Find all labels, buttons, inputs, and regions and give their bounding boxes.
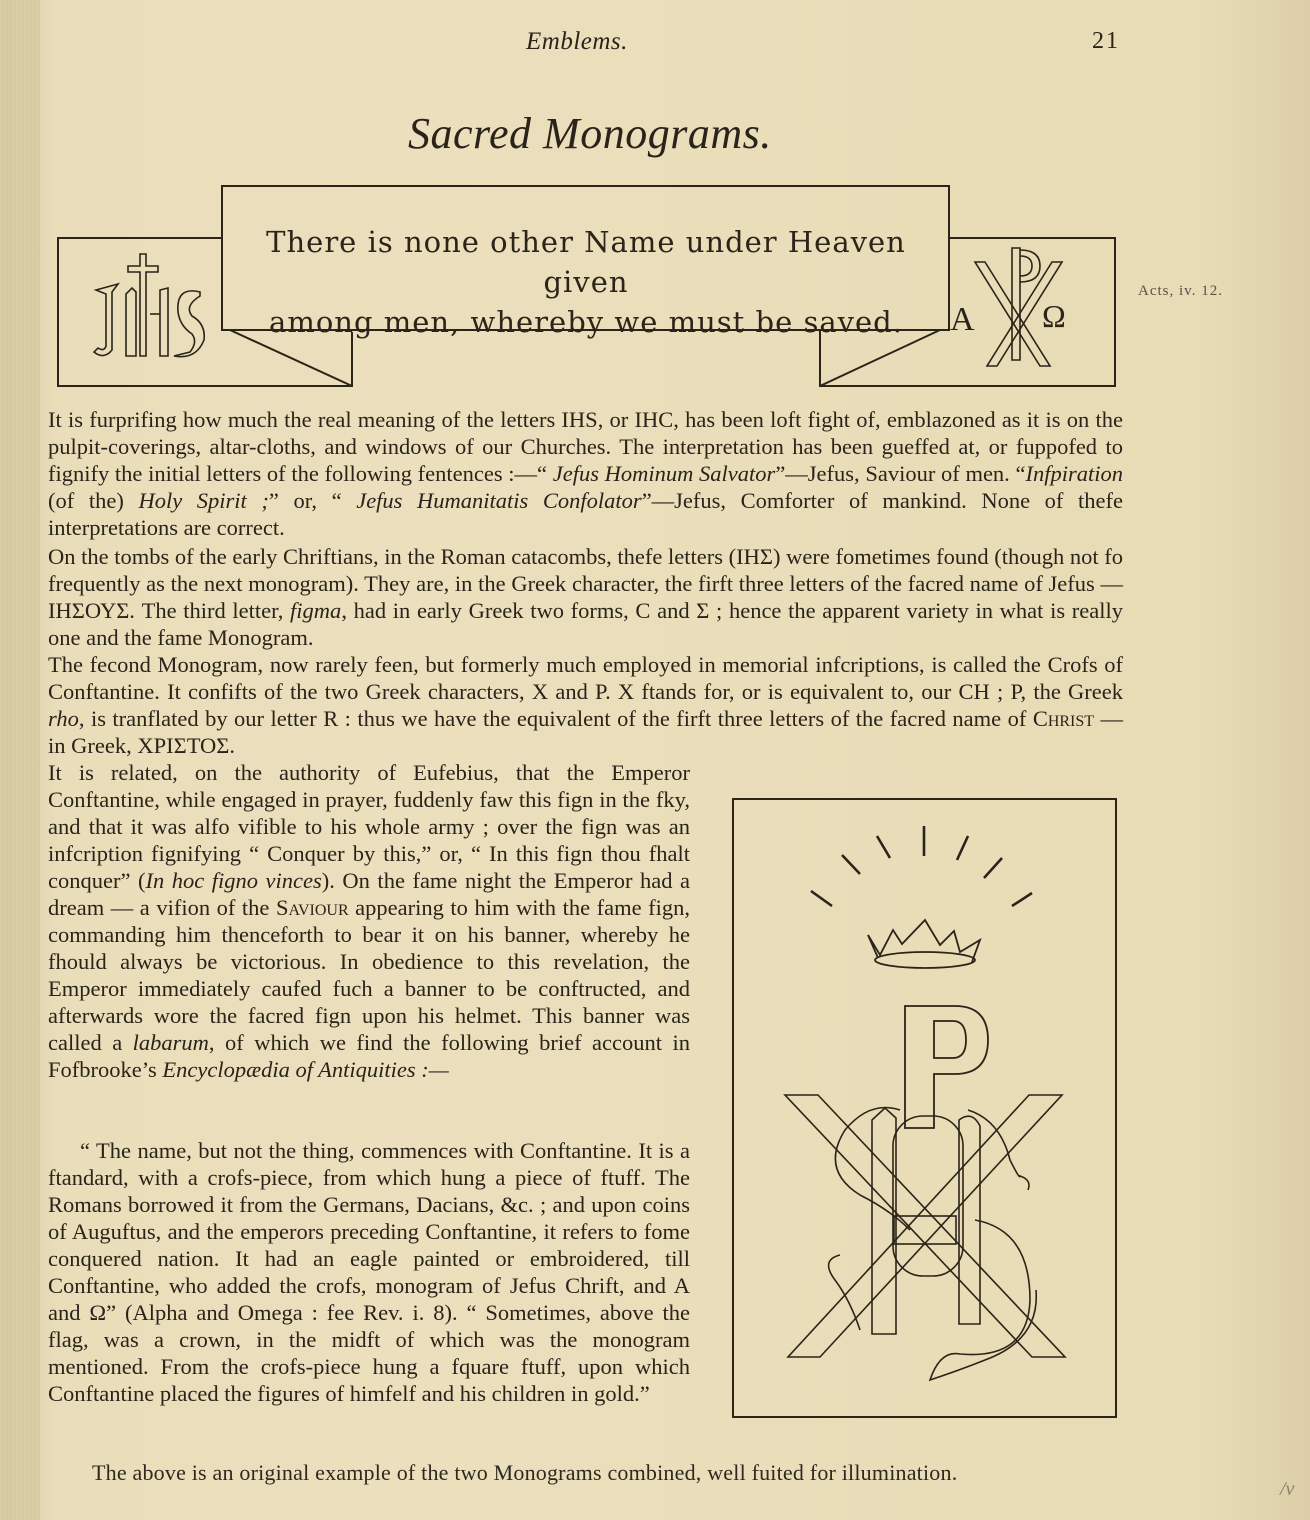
alpha-glyph: A (950, 301, 975, 338)
small-caps-word: Saviour (276, 895, 349, 920)
latin-phrase: Jefus Hominum Salvator (553, 461, 776, 486)
paragraph-1: It is furprifing how much the real meani… (48, 406, 1123, 541)
text: (of the) (48, 488, 138, 513)
book-title: Encyclopædia of Antiquities :— (162, 1057, 448, 1082)
phrase: Holy Spirit ; (138, 488, 268, 513)
paragraph-5-quotation: “ The name, but not the thing, commences… (48, 1137, 690, 1407)
term: figma (290, 598, 341, 623)
text: The fecond Monogram, now rarely feen, bu… (48, 652, 1123, 704)
paragraph-2: On the tombs of the early Chriftians, in… (48, 543, 1123, 651)
text: “ The name, but not the thing, commences… (48, 1138, 690, 1406)
quote-line-2: among men, whereby we must be saved. (226, 302, 946, 342)
ihs-monogram-icon (94, 254, 204, 357)
crown-icon (868, 920, 980, 968)
paragraph-4: It is related, on the authority of Eufeb… (48, 759, 690, 1083)
margin-mark: /v (1280, 1478, 1294, 1501)
small-caps-word: Christ (1033, 706, 1094, 731)
scripture-quote: There is none other Name under Heaven gi… (226, 222, 946, 342)
latin-phrase: In hoc figno vinces (145, 868, 321, 893)
latin-phrase: Jefus Humanitatis Confolator (356, 488, 641, 513)
quote-line-1: There is none other Name under Heaven gi… (226, 222, 946, 302)
paragraph-3: The fecond Monogram, now rarely feen, bu… (48, 651, 1123, 759)
ihs-interlace-icon (829, 1108, 1037, 1381)
rho-letter-icon (905, 1006, 988, 1128)
chi-letter-icon (785, 1095, 1065, 1357)
omega-glyph: Ω (1042, 298, 1066, 334)
figure-frame (733, 799, 1116, 1417)
text: , is tranflated by our letter R : thus w… (79, 706, 1033, 731)
term: rho (48, 706, 79, 731)
term: labarum (133, 1030, 209, 1055)
text: ”—Jefus, Saviour of men. “ (775, 461, 1025, 486)
text: ” or, “ (269, 488, 356, 513)
figure-caption: The above is an original example of the … (92, 1460, 957, 1486)
rays-icon (811, 826, 1032, 906)
marginal-reference: Acts, iv. 12. (1138, 283, 1223, 300)
latin-phrase: Infpiration (1025, 461, 1123, 486)
